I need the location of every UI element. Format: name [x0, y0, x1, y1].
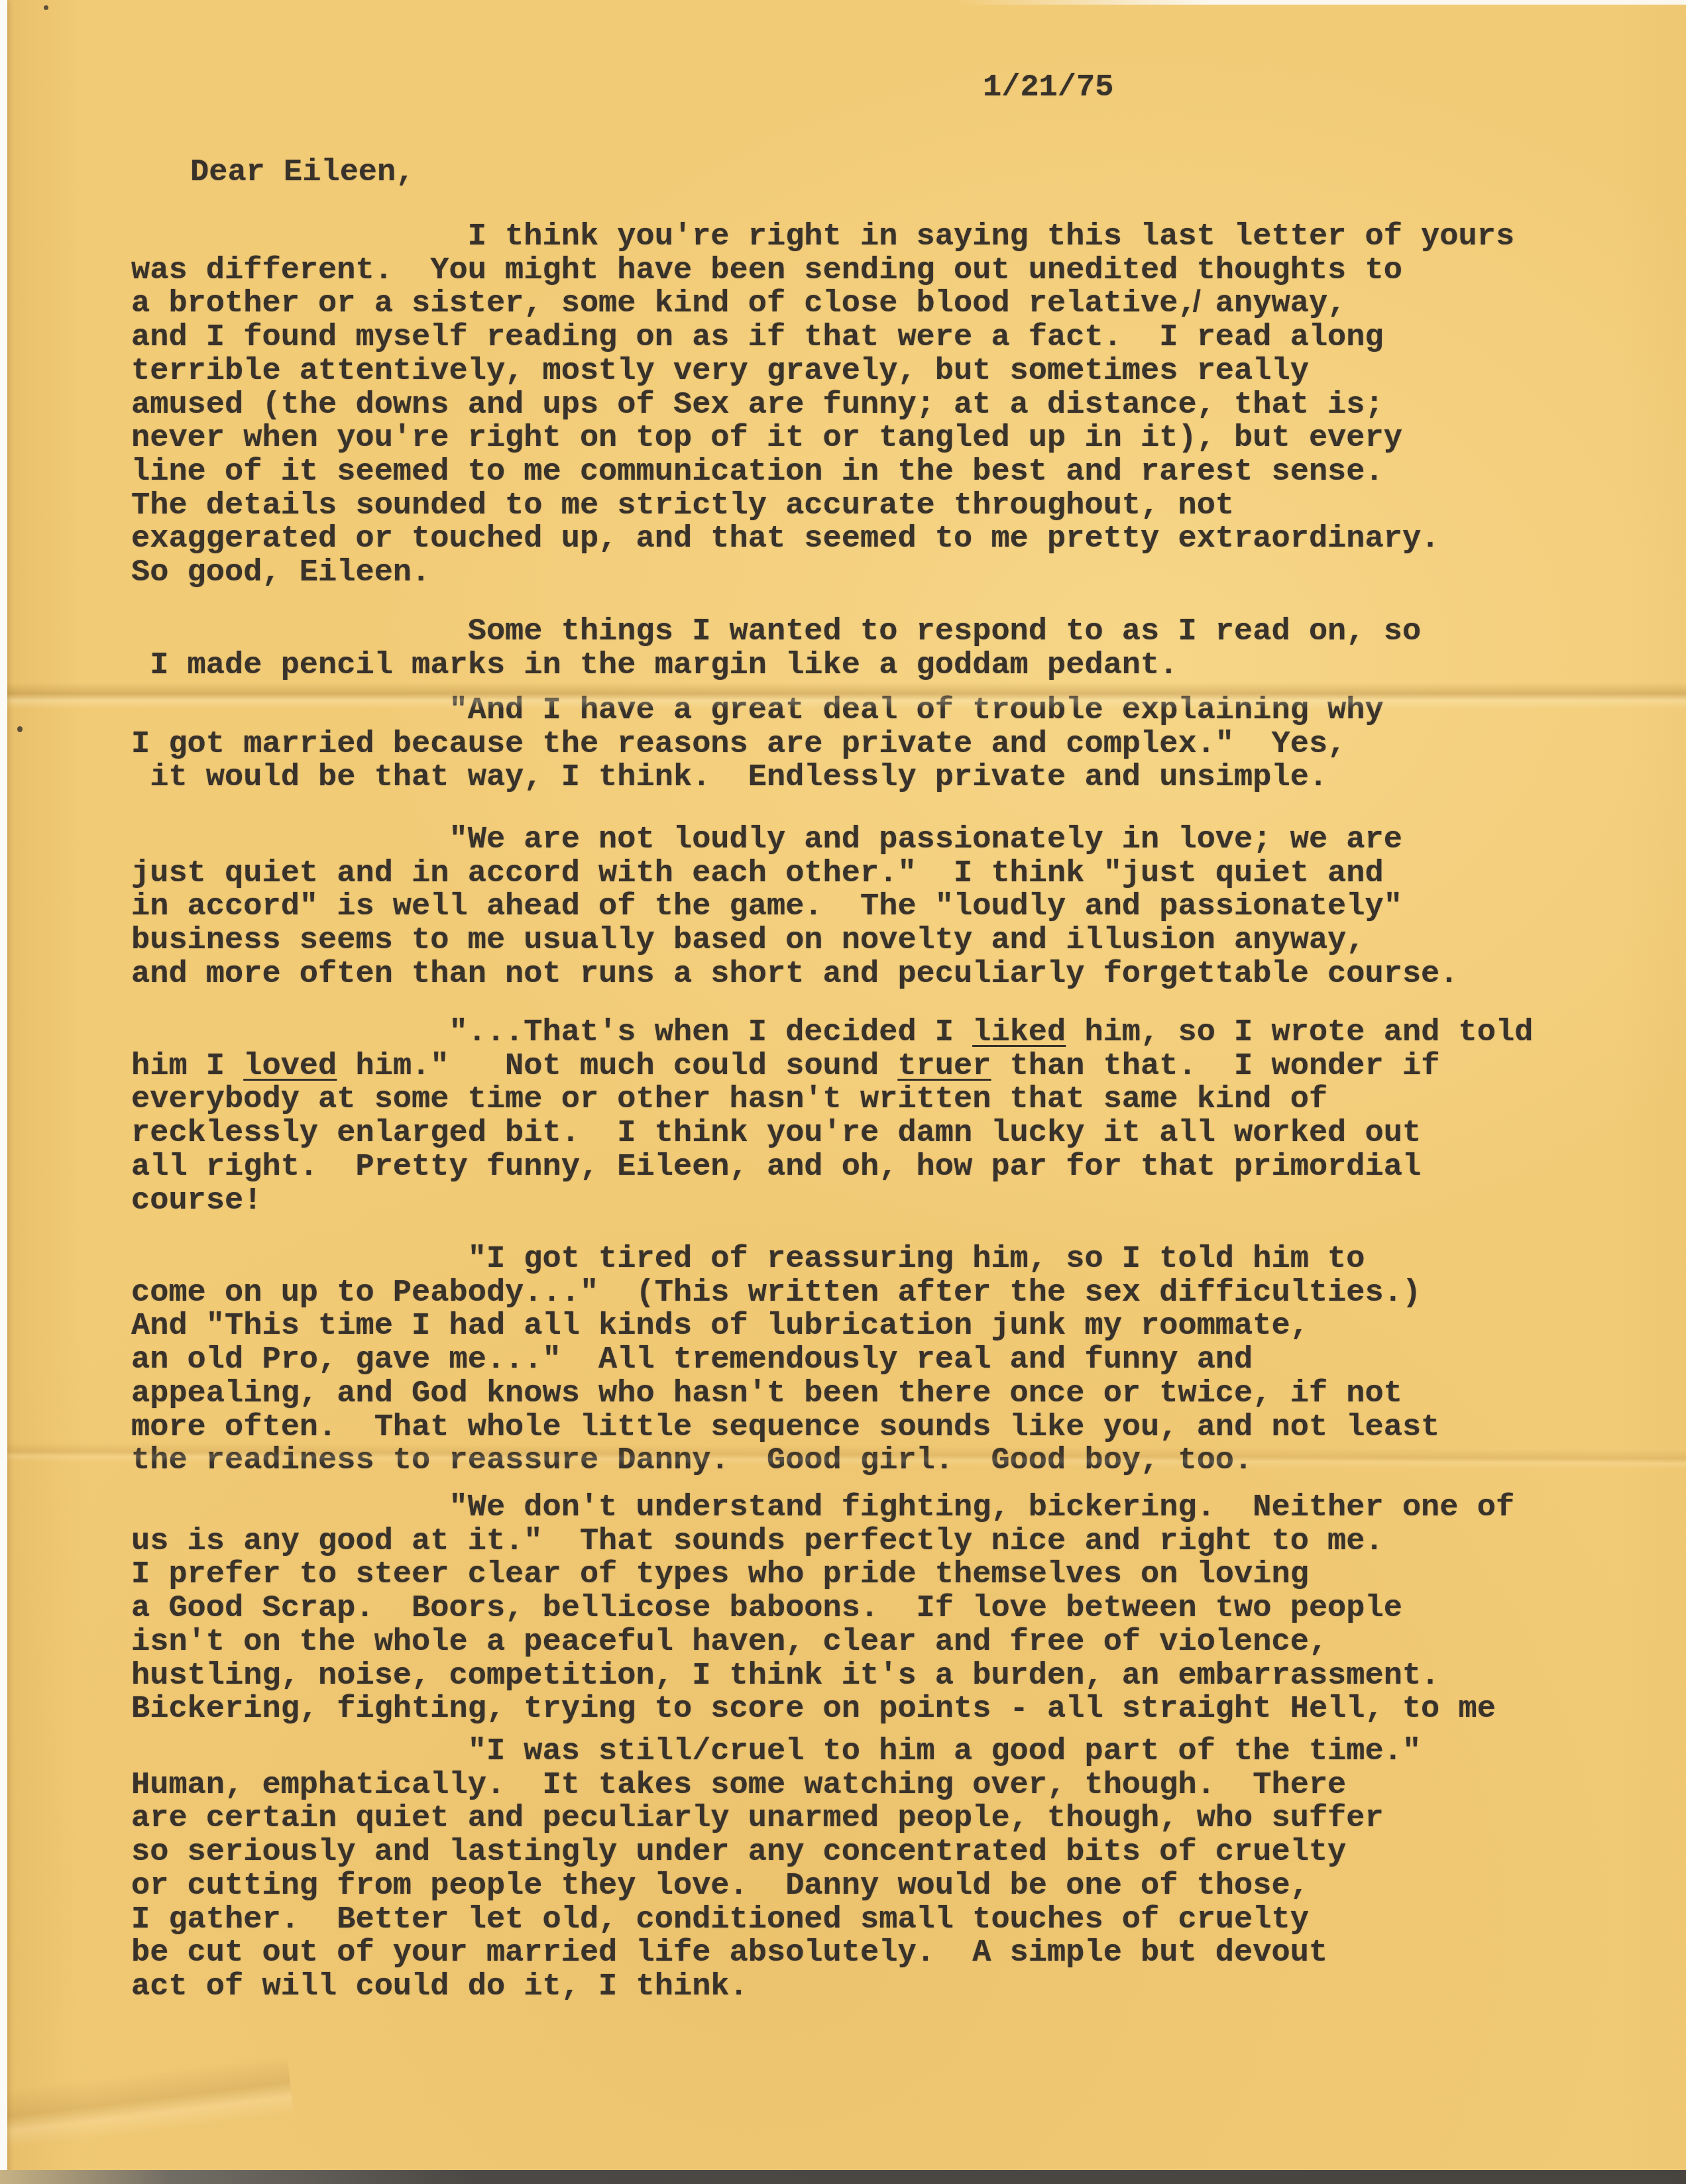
paragraph: I think you're right in saying this last… — [131, 221, 1514, 590]
paragraph: "And I have a great deal of trouble expl… — [131, 694, 1384, 795]
letter-body: I think you're right in saying this last… — [0, 0, 1686, 2184]
scan-edge-top — [957, 0, 1686, 5]
paragraph: "We don't understand fighting, bickering… — [131, 1492, 1514, 1727]
scan-edge-bottom — [0, 2170, 1686, 2184]
ink-speck — [44, 5, 48, 10]
paragraph: "I got tired of reassuring him, so I tol… — [131, 1243, 1439, 1478]
paragraph: Some things I wanted to respond to as I … — [131, 616, 1421, 682]
ink-speck — [17, 726, 23, 732]
paragraph: "I was still/cruel to him a good part of… — [131, 1735, 1421, 2004]
paragraph: "...That's when I decided I liked him, s… — [131, 1016, 1533, 1218]
letter-page: 1/21/75 Dear Eileen, I think you're righ… — [0, 0, 1686, 2184]
paragraph: "We are not loudly and passionately in l… — [131, 824, 1459, 992]
scan-edge-left — [0, 0, 7, 2184]
